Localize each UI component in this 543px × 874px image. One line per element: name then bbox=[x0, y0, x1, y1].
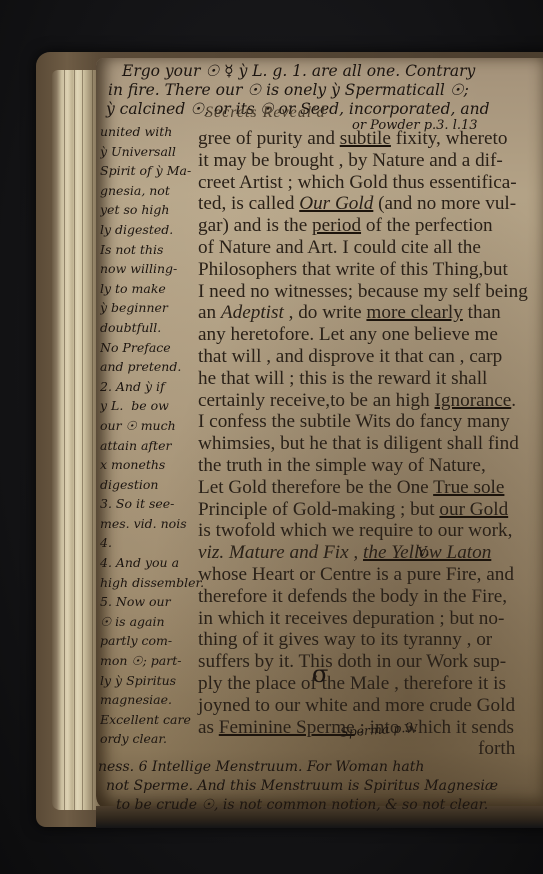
margin-note: ly to make bbox=[100, 279, 208, 299]
text-line: is twofold which we require to our work, bbox=[198, 520, 543, 542]
text-line: in which it receives depuration ; but no… bbox=[198, 608, 543, 630]
text-line: Philosophers that write of this Thing,bu… bbox=[198, 259, 543, 281]
text-line: I need no witnesses; because my self bei… bbox=[198, 281, 543, 303]
margin-note: and pretend. bbox=[100, 357, 208, 377]
margin-note: ly digested. bbox=[100, 220, 208, 240]
text-line: thing of it gives way to its tyranny , o… bbox=[198, 629, 543, 651]
text-line: it may be brought , by Nature and a dif- bbox=[198, 150, 543, 172]
top-annotation-line: Ergo your ☉ ☿ ỳ L. g. 1. are all one. Co… bbox=[122, 62, 490, 81]
text-line: ply the place of the Male , therefore it… bbox=[198, 673, 543, 695]
bottom-annotation-line: ness. 6 Intellige Menstruum. For Woman h… bbox=[98, 758, 498, 777]
text-line: creet Artist ; which Gold thus essentifi… bbox=[198, 172, 543, 194]
margin-note: ☉ is again bbox=[100, 612, 208, 632]
margin-note: ordy clear. bbox=[100, 729, 208, 749]
margin-note: ỳ Universall bbox=[100, 142, 208, 162]
text-line: joyned to our white and more crude Gold bbox=[198, 695, 543, 717]
text-line: any heretofore. Let any one believe me bbox=[198, 324, 543, 346]
text-line: gree of purity and subtile fixity, where… bbox=[198, 128, 543, 150]
text-line: whimsies, but he that is diligent shall … bbox=[198, 433, 543, 455]
text-line: ted, is called Our Gold (and no more vul… bbox=[198, 193, 543, 215]
text-line: therefore it defends the body in the Fir… bbox=[198, 586, 543, 608]
text-line: an Adeptist , do write more clearly than bbox=[198, 302, 543, 324]
margin-note: Spirit of ỳ Ma- bbox=[100, 161, 208, 181]
margin-note: now willing- bbox=[100, 259, 208, 279]
inline-mark-symbol: σ bbox=[312, 660, 328, 688]
bottom-annotation-line: to be crude ☉, is not common notion, & s… bbox=[116, 796, 498, 815]
margin-note: ly ỳ Spiritus bbox=[100, 671, 208, 691]
margin-note: partly com- bbox=[100, 631, 208, 651]
margin-note: gnesia, not bbox=[100, 181, 208, 201]
margin-note: No Preface bbox=[100, 338, 208, 358]
printed-body-text: gree of purity and subtile fixity, where… bbox=[198, 128, 543, 760]
top-annotation-line: in fire. There our ☉ is onely ỳ Spermati… bbox=[108, 81, 490, 100]
text-line: forth bbox=[198, 738, 543, 760]
text-line: certainly receive,to be an high Ignoranc… bbox=[198, 390, 543, 412]
margin-note: 4. And you a bbox=[100, 553, 208, 573]
running-head: Secrets Reveal'd bbox=[205, 104, 326, 122]
margin-annotations: united with ỳ Universall Spirit of ỳ Ma-… bbox=[100, 122, 208, 749]
margin-note: doubtfull. bbox=[100, 318, 208, 338]
margin-note: mes. vid. nois bbox=[100, 514, 208, 534]
margin-note: digestion bbox=[100, 475, 208, 495]
margin-note: Is not this bbox=[100, 240, 208, 260]
text-line: viz. Mature and Fix , the Yellow Laton bbox=[198, 542, 543, 564]
text-line: the truth in the simple way of Nature, bbox=[198, 455, 543, 477]
margin-note: high dissembler. bbox=[100, 573, 208, 593]
bottom-handwritten-annotation: ness. 6 Intellige Menstruum. For Woman h… bbox=[98, 758, 498, 815]
margin-note: attain after bbox=[100, 436, 208, 456]
yellow-laton-annotation: V. bbox=[417, 544, 430, 560]
margin-note: 3. So it see- bbox=[100, 494, 208, 514]
margin-note: magnesiae. bbox=[100, 690, 208, 710]
text-line: I confess the subtile Wits do fancy many bbox=[198, 411, 543, 433]
margin-note: 2. And ỳ if bbox=[100, 377, 208, 397]
text-line: Let Gold therefore be the One True sole bbox=[198, 477, 543, 499]
text-line: that will , and disprove it that can , c… bbox=[198, 346, 543, 368]
photo-scene: Ergo your ☉ ☿ ỳ L. g. 1. are all one. Co… bbox=[0, 0, 543, 874]
text-line: of Nature and Art. I could cite all the bbox=[198, 237, 543, 259]
margin-note: mon ☉; part- bbox=[100, 651, 208, 671]
margin-note: y L. be ow bbox=[100, 396, 208, 416]
text-line: whose Heart or Centre is a pure Fire, an… bbox=[198, 564, 543, 586]
margin-note: 5. Now our bbox=[100, 592, 208, 612]
bottom-annotation-line: not Sperme. And this Menstruum is Spirit… bbox=[106, 777, 498, 796]
text-line: he that will ; this is the reward it sha… bbox=[198, 368, 543, 390]
margin-note: Excellent care bbox=[100, 710, 208, 730]
margin-note: yet so high bbox=[100, 200, 208, 220]
text-line: suffers by it. This doth in our Work sup… bbox=[198, 651, 543, 673]
margin-note: our ☉ much bbox=[100, 416, 208, 436]
margin-note: ỳ beginner bbox=[100, 298, 208, 318]
margin-note: x moneths bbox=[100, 455, 208, 475]
margin-note: united with bbox=[100, 122, 208, 142]
text-line: gar) and is the period of the perfection bbox=[198, 215, 543, 237]
margin-note: 4. bbox=[100, 533, 208, 553]
text-line: Principle of Gold-making ; but our Gold bbox=[198, 499, 543, 521]
